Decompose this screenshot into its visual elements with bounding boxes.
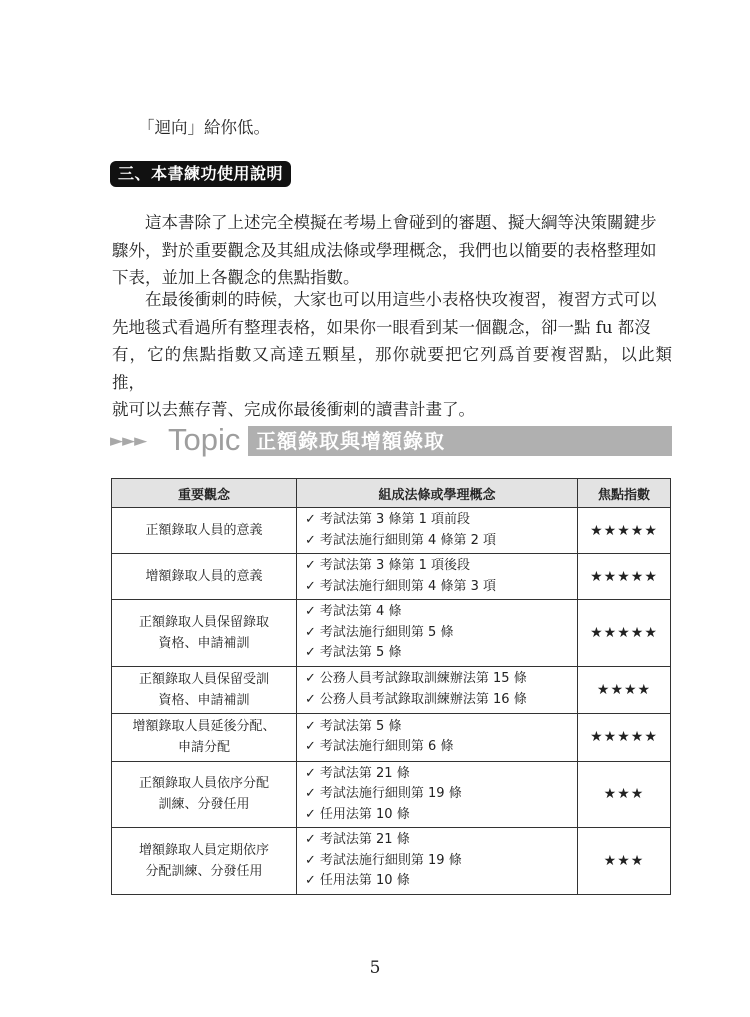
law-item: ✓公務人員考試錄取訓練辦法第 15 條: [305, 669, 569, 690]
table-row: 增額錄取人員延後分配、申請分配✓考試法第 5 條✓考試法施行細則第 6 條★★★…: [112, 713, 671, 761]
column-header-laws: 組成法條或學理概念: [297, 479, 578, 508]
law-text: 公務人員考試錄取訓練辦法第 16 條: [320, 692, 527, 707]
focus-stars: ★★★★: [578, 666, 671, 713]
paragraph-line: 先地毯式看過所有整理表格，如果你一眼看到某一個觀念，卻一點 fu 都沒: [112, 314, 672, 342]
checkmark-icon: ✓: [305, 671, 316, 686]
laws-cell: ✓考試法第 5 條✓考試法施行細則第 6 條: [297, 713, 578, 761]
law-item: ✓考試法施行細則第 6 條: [305, 737, 569, 758]
checkmark-icon: ✓: [305, 692, 316, 707]
paragraph-1: 這本書除了上述完全模擬在考場上會碰到的審題、擬大綱等決策關鍵步 驟外，對於重要觀…: [112, 209, 672, 292]
law-text: 考試法第 4 條: [320, 604, 402, 619]
law-item: ✓考試法第 5 條: [305, 717, 569, 738]
concept-text: 增額錄取人員定期依序: [116, 840, 292, 861]
intro-line: 「迴向」給你低。: [138, 114, 270, 138]
paragraph-line: 有，它的焦點指數又高達五顆星，那你就要把它列爲首要複習點，以此類推，: [112, 341, 672, 396]
law-item: ✓考試法第 21 條: [305, 830, 569, 851]
focus-stars: ★★★★★: [578, 600, 671, 667]
law-text: 考試法第 21 條: [320, 766, 410, 781]
table-row: 正額錄取人員依序分配訓練、分發任用✓考試法第 21 條✓考試法施行細則第 19 …: [112, 761, 671, 828]
concept-text: 資格、申請補訓: [116, 633, 292, 654]
law-text: 考試法第 3 條第 1 項前段: [320, 512, 470, 527]
checkmark-icon: ✓: [305, 739, 316, 754]
paragraph-2: 在最後衝刺的時候，大家也可以用這些小表格快攻複習，複習方式可以 先地毯式看過所有…: [112, 286, 672, 424]
concept-text: 正額錄取人員保留錄取: [116, 612, 292, 633]
table-row: 正額錄取人員的意義✓考試法第 3 條第 1 項前段✓考試法施行細則第 4 條第 …: [112, 508, 671, 554]
law-text: 考試法施行細則第 4 條第 3 項: [320, 579, 496, 594]
focus-stars: ★★★★★: [578, 713, 671, 761]
law-text: 考試法第 5 條: [320, 719, 402, 734]
law-item: ✓公務人員考試錄取訓練辦法第 16 條: [305, 690, 569, 711]
laws-cell: ✓考試法第 21 條✓考試法施行細則第 19 條✓任用法第 10 條: [297, 761, 578, 828]
concept-text: 資格、申請補訓: [116, 690, 292, 711]
checkmark-icon: ✓: [305, 558, 316, 573]
law-text: 考試法施行細則第 6 條: [320, 739, 454, 754]
concept-cell: 增額錄取人員定期依序分配訓練、分發任用: [112, 828, 297, 895]
checkmark-icon: ✓: [305, 533, 316, 548]
law-text: 考試法第 5 條: [320, 645, 402, 660]
table-row: 增額錄取人員定期依序分配訓練、分發任用✓考試法第 21 條✓考試法施行細則第 1…: [112, 828, 671, 895]
column-header-focus-index: 焦點指數: [578, 479, 671, 508]
law-text: 考試法第 21 條: [320, 832, 410, 847]
focus-stars: ★★★: [578, 828, 671, 895]
topic-title: 正額錄取與增額錄取: [248, 426, 672, 456]
table-row: 正額錄取人員保留錄取資格、申請補訓✓考試法第 4 條✓考試法施行細則第 5 條✓…: [112, 600, 671, 667]
law-item: ✓考試法施行細則第 4 條第 2 項: [305, 531, 569, 552]
section-heading: 三、本書練功使用說明: [110, 161, 291, 187]
law-item: ✓任用法第 10 條: [305, 805, 569, 826]
topic-banner: ►►► Topic 正額錄取與增額錄取: [110, 425, 672, 457]
concept-cell: 正額錄取人員依序分配訓練、分發任用: [112, 761, 297, 828]
law-item: ✓考試法第 21 條: [305, 764, 569, 785]
concept-cell: 正額錄取人員保留受訓資格、申請補訓: [112, 666, 297, 713]
concept-text: 正額錄取人員保留受訓: [116, 669, 292, 690]
law-item: ✓任用法第 10 條: [305, 871, 569, 892]
checkmark-icon: ✓: [305, 645, 316, 660]
law-item: ✓考試法第 4 條: [305, 602, 569, 623]
checkmark-icon: ✓: [305, 579, 316, 594]
law-text: 考試法第 3 條第 1 項後段: [320, 558, 470, 573]
law-text: 任用法第 10 條: [320, 873, 410, 888]
concept-cell: 正額錄取人員保留錄取資格、申請補訓: [112, 600, 297, 667]
law-item: ✓考試法施行細則第 19 條: [305, 784, 569, 805]
concept-cell: 增額錄取人員的意義: [112, 554, 297, 600]
focus-stars: ★★★★★: [578, 508, 671, 554]
concept-text: 增額錄取人員的意義: [116, 566, 292, 587]
paragraph-line: 驟外，對於重要觀念及其組成法條或學理概念，我們也以簡要的表格整理如: [112, 237, 672, 265]
checkmark-icon: ✓: [305, 512, 316, 527]
paragraph-line: 就可以去蕪存菁、完成你最後衝刺的讀書計畫了。: [112, 396, 672, 424]
checkmark-icon: ✓: [305, 766, 316, 781]
table-row: 增額錄取人員的意義✓考試法第 3 條第 1 項後段✓考試法施行細則第 4 條第 …: [112, 554, 671, 600]
laws-cell: ✓公務人員考試錄取訓練辦法第 15 條✓公務人員考試錄取訓練辦法第 16 條: [297, 666, 578, 713]
triple-arrow-icon: ►►►: [110, 431, 146, 451]
law-text: 考試法施行細則第 4 條第 2 項: [320, 533, 496, 548]
concept-text: 增額錄取人員延後分配、: [116, 716, 292, 737]
checkmark-icon: ✓: [305, 625, 316, 640]
topic-label: Topic: [168, 422, 240, 458]
law-text: 任用法第 10 條: [320, 807, 410, 822]
concept-text: 申請分配: [116, 737, 292, 758]
law-text: 考試法施行細則第 19 條: [320, 786, 462, 801]
law-item: ✓考試法第 3 條第 1 項前段: [305, 510, 569, 531]
checkmark-icon: ✓: [305, 873, 316, 888]
law-text: 考試法施行細則第 19 條: [320, 853, 462, 868]
column-header-concept: 重要觀念: [112, 479, 297, 508]
paragraph-line: 在最後衝刺的時候，大家也可以用這些小表格快攻複習，複習方式可以: [112, 286, 672, 314]
checkmark-icon: ✓: [305, 786, 316, 801]
concept-text: 正額錄取人員依序分配: [116, 773, 292, 794]
law-item: ✓考試法第 3 條第 1 項後段: [305, 556, 569, 577]
focus-stars: ★★★★★: [578, 554, 671, 600]
concept-table: 重要觀念 組成法條或學理概念 焦點指數 正額錄取人員的意義✓考試法第 3 條第 …: [111, 478, 671, 895]
law-text: 公務人員考試錄取訓練辦法第 15 條: [320, 671, 527, 686]
paragraph-line: 這本書除了上述完全模擬在考場上會碰到的審題、擬大綱等決策關鍵步: [112, 209, 672, 237]
checkmark-icon: ✓: [305, 604, 316, 619]
concept-text: 訓練、分發任用: [116, 794, 292, 815]
concept-cell: 增額錄取人員延後分配、申請分配: [112, 713, 297, 761]
law-item: ✓考試法施行細則第 5 條: [305, 623, 569, 644]
laws-cell: ✓考試法第 21 條✓考試法施行細則第 19 條✓任用法第 10 條: [297, 828, 578, 895]
checkmark-icon: ✓: [305, 807, 316, 822]
concept-text: 分配訓練、分發任用: [116, 861, 292, 882]
table-row: 正額錄取人員保留受訓資格、申請補訓✓公務人員考試錄取訓練辦法第 15 條✓公務人…: [112, 666, 671, 713]
checkmark-icon: ✓: [305, 719, 316, 734]
table-header-row: 重要觀念 組成法條或學理概念 焦點指數: [112, 479, 671, 508]
checkmark-icon: ✓: [305, 853, 316, 868]
law-item: ✓考試法施行細則第 4 條第 3 項: [305, 577, 569, 598]
laws-cell: ✓考試法第 3 條第 1 項前段✓考試法施行細則第 4 條第 2 項: [297, 508, 578, 554]
laws-cell: ✓考試法第 3 條第 1 項後段✓考試法施行細則第 4 條第 3 項: [297, 554, 578, 600]
focus-stars: ★★★: [578, 761, 671, 828]
law-item: ✓考試法施行細則第 19 條: [305, 851, 569, 872]
concept-text: 正額錄取人員的意義: [116, 520, 292, 541]
checkmark-icon: ✓: [305, 832, 316, 847]
page-number: 5: [0, 958, 750, 978]
law-item: ✓考試法第 5 條: [305, 643, 569, 664]
law-text: 考試法施行細則第 5 條: [320, 625, 454, 640]
laws-cell: ✓考試法第 4 條✓考試法施行細則第 5 條✓考試法第 5 條: [297, 600, 578, 667]
concept-cell: 正額錄取人員的意義: [112, 508, 297, 554]
